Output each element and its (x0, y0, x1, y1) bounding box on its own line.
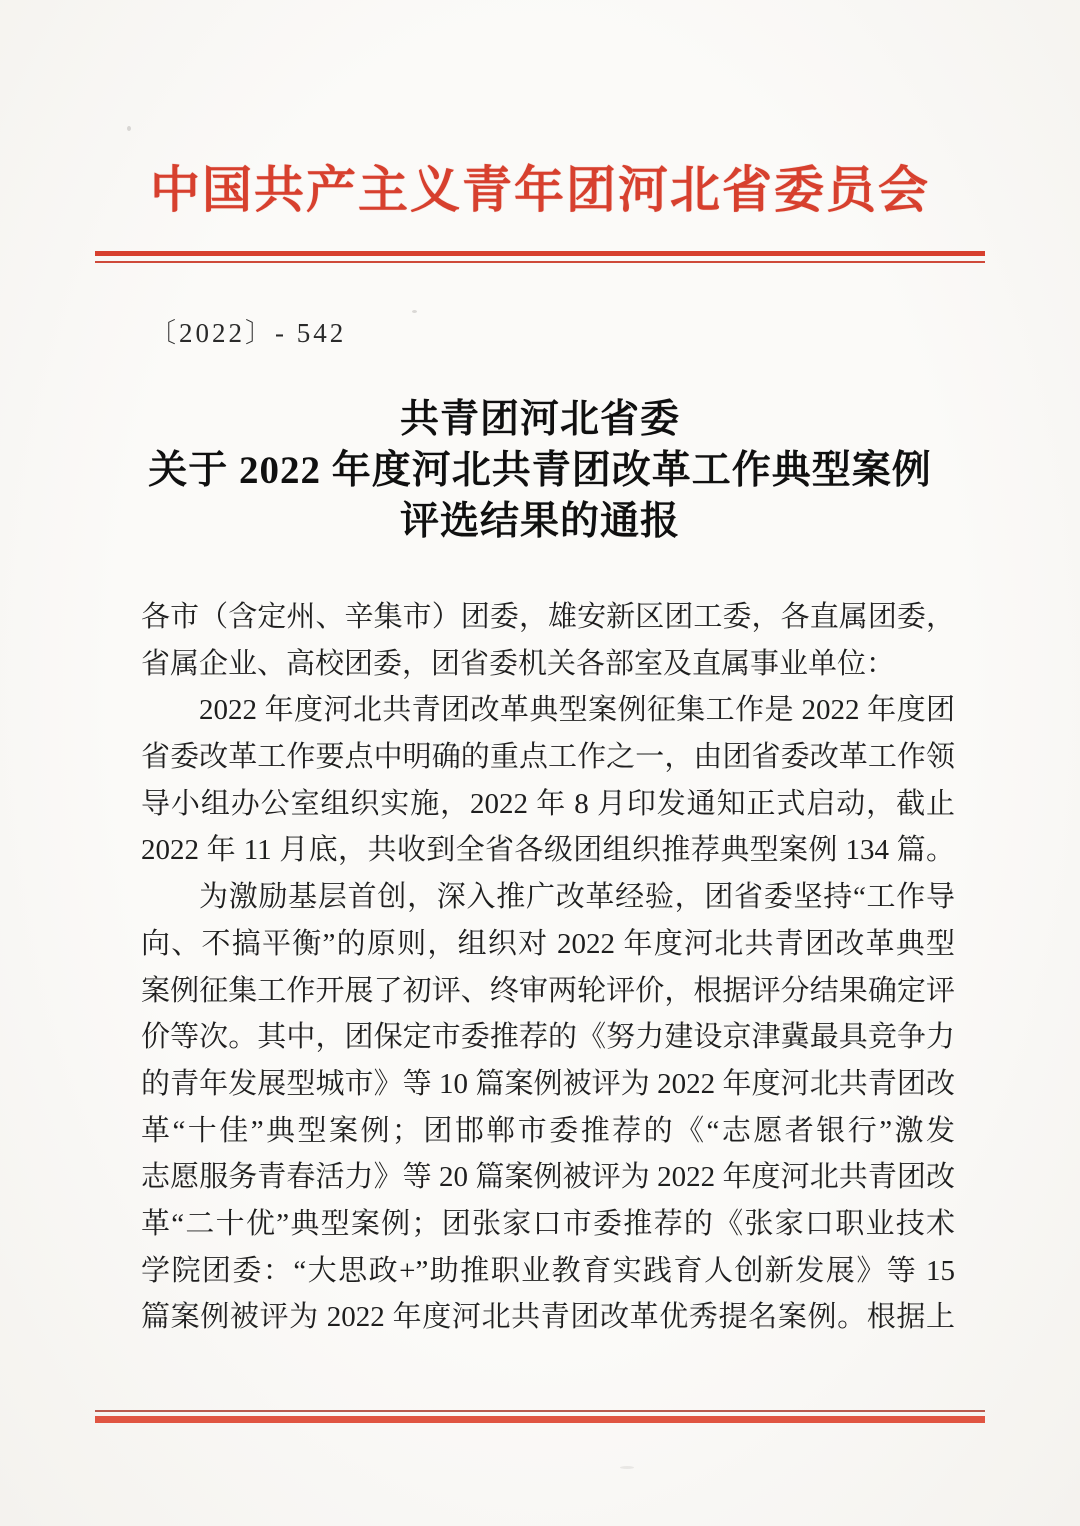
document-title-line-3: 评选结果的通报 (0, 496, 1080, 547)
scan-speck (127, 126, 131, 131)
footer-divider-bottom (95, 1410, 985, 1423)
divider-thick-bar (95, 1416, 985, 1423)
body-line: 案例征集工作开展了初评、终审两轮评价，根据评分结果确定评 (141, 968, 955, 1015)
body-line: 2022 年度河北共青团改革典型案例征集工作是 2022 年度团 (141, 687, 955, 734)
body-line: 篇案例被评为 2022 年度河北共青团改革优秀提名案例。根据上 (141, 1294, 955, 1341)
scan-speck (620, 1466, 634, 1469)
body-line: 向、不搞平衡”的原则，组织对 2022 年度河北共青团改革典型 (141, 921, 955, 968)
body-line: 导小组办公室组织实施，2022 年 8 月印发通知正式启动，截止 (141, 781, 955, 828)
body-line: 志愿服务青春活力》等 20 篇案例被评为 2022 年度河北共青团改 (141, 1154, 955, 1201)
letterhead-divider-top (95, 251, 985, 263)
scanned-document-page: 中国共产主义青年团河北省委员会 〔2022〕- 542 共青团河北省委 关于 2… (0, 0, 1080, 1526)
body-line: 革“二十优”典型案例；团张家口市委推荐的《张家口职业技术 (141, 1201, 955, 1248)
body-line: 省委改革工作要点中明确的重点工作之一，由团省委改革工作领 (141, 734, 955, 781)
document-title-line-1: 共青团河北省委 (0, 394, 1080, 445)
body-line: 2022 年 11 月底，共收到全省各级团组织推荐典型案例 134 篇。 (141, 827, 955, 874)
body-line: 学院团委：“大思政+”助推职业教育实践育人创新发展》等 15 (141, 1248, 955, 1295)
document-number: 〔2022〕- 542 (149, 318, 346, 348)
body-line: 革“十佳”典型案例；团邯郸市委推荐的《“志愿者银行”激发 (141, 1108, 955, 1155)
divider-thin-bar (95, 261, 985, 263)
body-line: 省属企业、高校团委，团省委机关各部室及直属事业单位： (141, 641, 955, 688)
document-title-line-2: 关于 2022 年度河北共青团改革工作典型案例 (0, 445, 1080, 496)
body-line: 各市（含定州、辛集市）团委，雄安新区团工委，各直属团委， (141, 594, 955, 641)
document-title: 共青团河北省委 关于 2022 年度河北共青团改革工作典型案例 评选结果的通报 (0, 394, 1080, 547)
scan-speck (412, 310, 417, 313)
body-line: 价等次。其中，团保定市委推荐的《努力建设京津冀最具竞争力 (141, 1014, 955, 1061)
body-line: 为激励基层首创，深入推广改革经验，团省委坚持“工作导 (141, 874, 955, 921)
letterhead-org-name: 中国共产主义青年团河北省委员会 (0, 158, 1080, 222)
body-line: 的青年发展型城市》等 10 篇案例被评为 2022 年度河北共青团改 (141, 1061, 955, 1108)
document-body: 各市（含定州、辛集市）团委，雄安新区团工委，各直属团委，省属企业、高校团委，团省… (141, 594, 955, 1341)
